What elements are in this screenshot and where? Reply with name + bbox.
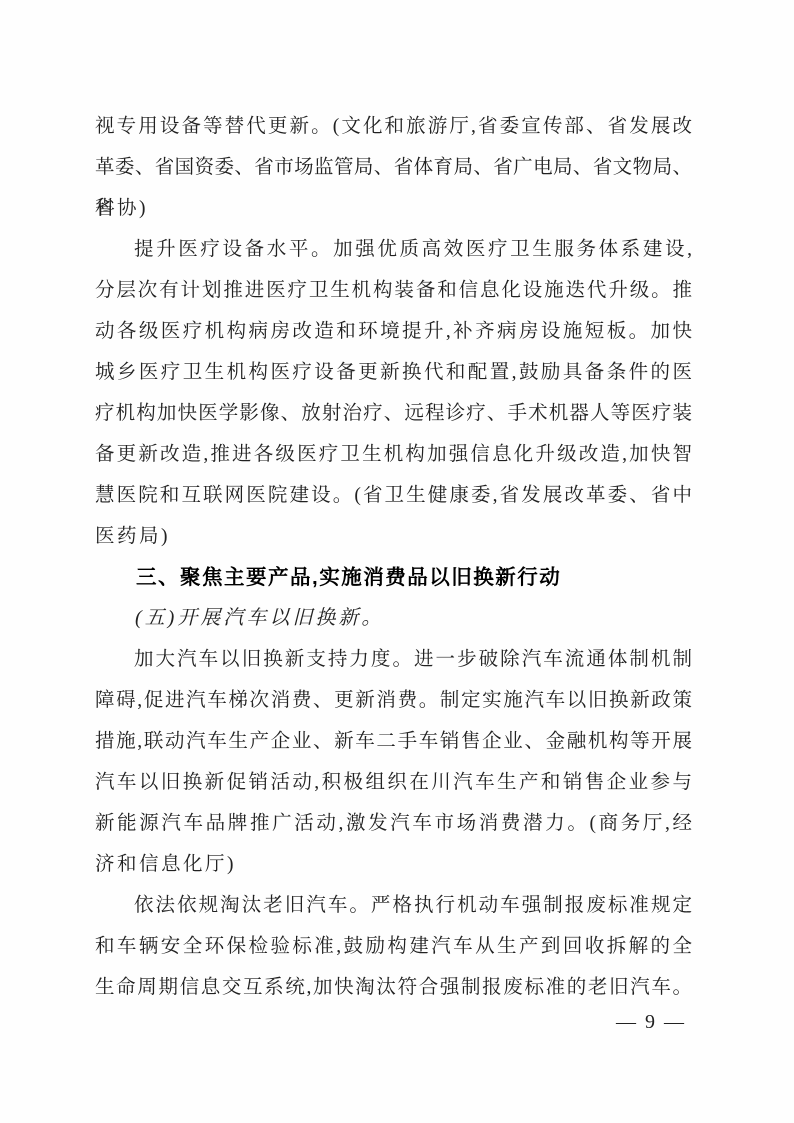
text-line: 加大汽车以旧换新支持力度。进一步破除汽车流通体制机制 (95, 639, 692, 680)
text-line: 备更新改造,推进各级医疗卫生机构加强信息化升级改造,加快智 (95, 434, 692, 475)
text-line: 医药局) (95, 516, 692, 557)
page-number: — 9 — (616, 1008, 686, 1036)
text-line: 革委、省国资委、省市场监管局、省体育局、省广电局、省文物局、省 (95, 147, 692, 188)
text-line: 生命周期信息交互系统,加快淘汰符合强制报废标准的老旧汽车。 (95, 967, 692, 1008)
text-line: 视专用设备等替代更新。(文化和旅游厅,省委宣传部、省发展改 (95, 106, 692, 147)
text-line: 提升医疗设备水平。加强优质高效医疗卫生服务体系建设, (95, 229, 692, 270)
text-line: 济和信息化厅) (95, 844, 692, 885)
text-line: 动各级医疗机构病房改造和环境提升,补齐病房设施短板。加快 (95, 311, 692, 352)
text-line: 新能源汽车品牌推广活动,激发汽车市场消费潜力。(商务厅,经 (95, 803, 692, 844)
text-line: 城乡医疗卫生机构医疗设备更新换代和配置,鼓励具备条件的医 (95, 352, 692, 393)
text-line: 慧医院和互联网医院建设。(省卫生健康委,省发展改革委、省中 (95, 475, 692, 516)
text-line: 措施,联动汽车生产企业、新车二手车销售企业、金融机构等开展 (95, 721, 692, 762)
document-body: 视专用设备等替代更新。(文化和旅游厅,省委宣传部、省发展改革委、省国资委、省市场… (95, 106, 692, 1008)
section-heading: 三、聚焦主要产品,实施消费品以旧换新行动 (95, 557, 692, 598)
text-line: 汽车以旧换新促销活动,积极组织在川汽车生产和销售企业参与 (95, 762, 692, 803)
item-heading: (五)开展汽车以旧换新。 (95, 598, 692, 639)
text-line: 疗机构加快医学影像、放射治疗、远程诊疗、手术机器人等医疗装 (95, 393, 692, 434)
text-line: 障碍,促进汽车梯次消费、更新消费。制定实施汽车以旧换新政策 (95, 680, 692, 721)
text-line: 和车辆安全环保检验标准,鼓励构建汽车从生产到回收拆解的全 (95, 926, 692, 967)
document-page: 视专用设备等替代更新。(文化和旅游厅,省委宣传部、省发展改革委、省国资委、省市场… (0, 0, 794, 1123)
text-line: 科协) (95, 188, 692, 229)
text-line: 分层次有计划推进医疗卫生机构装备和信息化设施迭代升级。推 (95, 270, 692, 311)
text-line: 依法依规淘汰老旧汽车。严格执行机动车强制报废标准规定 (95, 885, 692, 926)
